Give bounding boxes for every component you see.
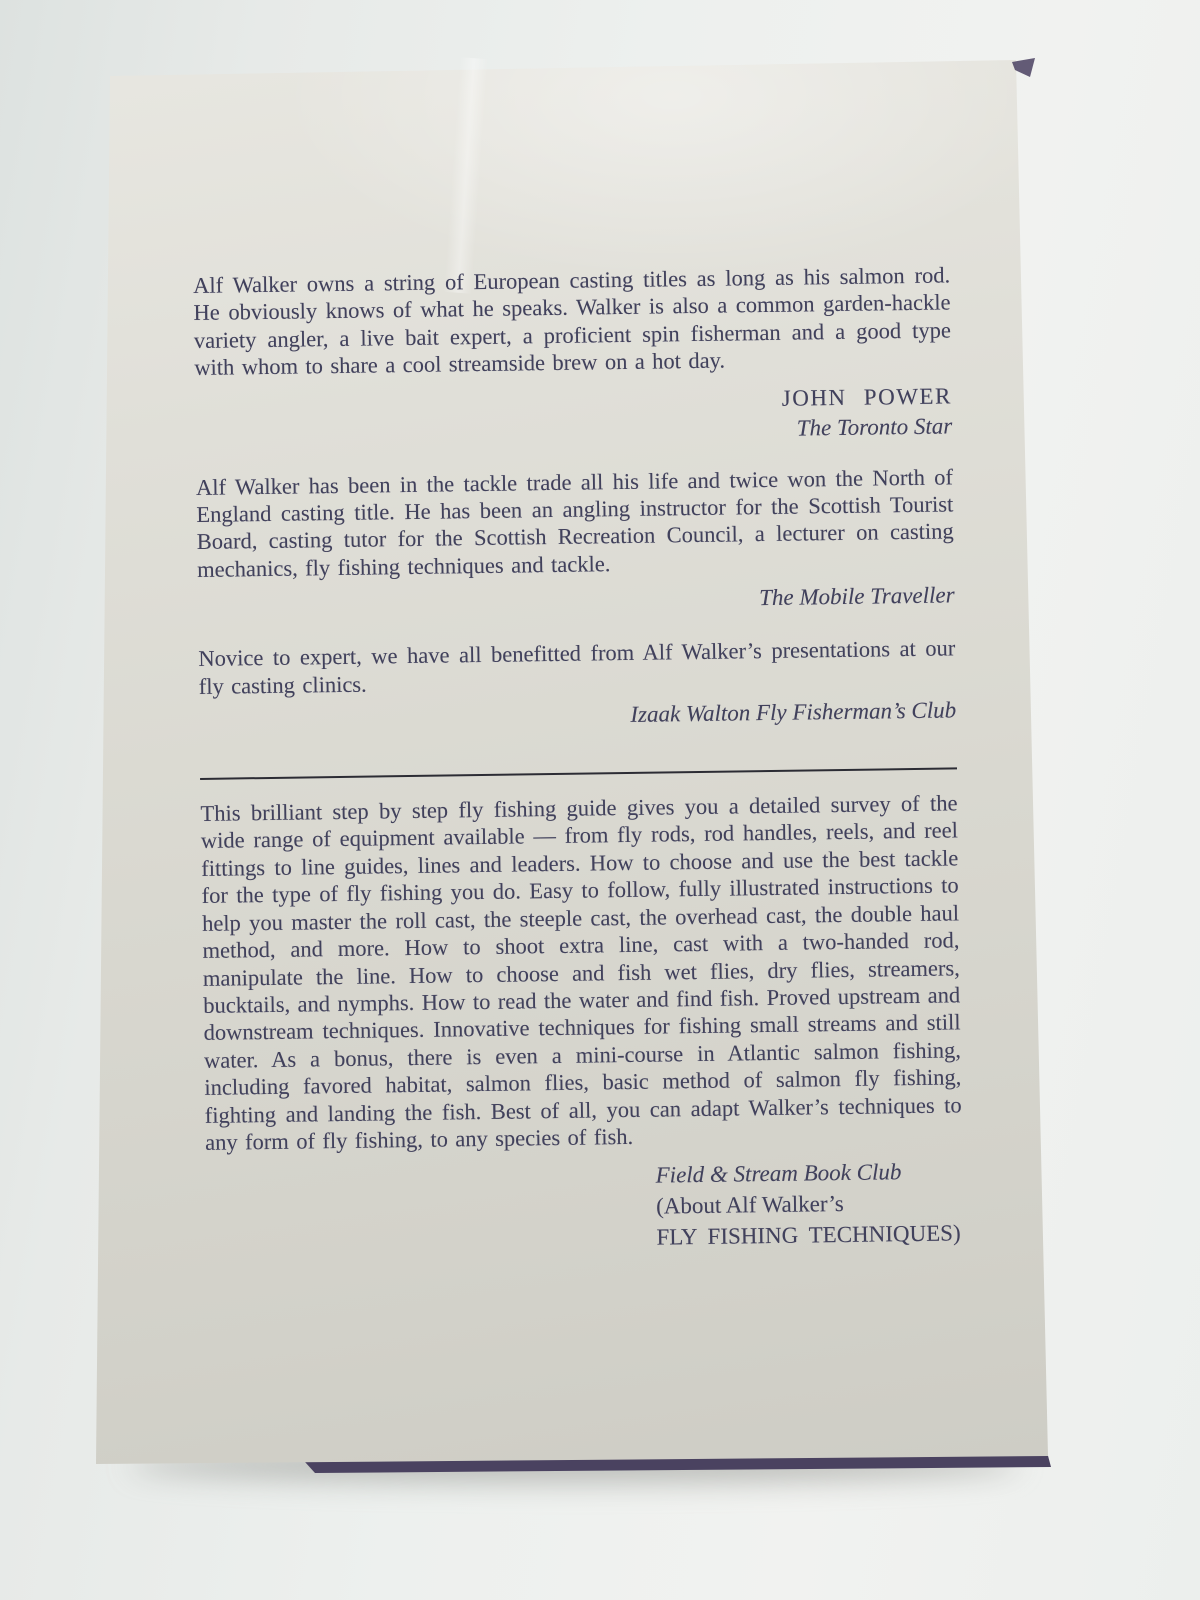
synopsis-attribution-title: FLY FISHING TECHNIQUES)	[656, 1218, 963, 1253]
review-attribution-source-2: The Mobile Traveller	[197, 581, 954, 622]
review-quote-1: Alf Walker owns a string of European cas…	[193, 261, 951, 381]
synopsis-attribution: Field & Stream Book Club (About Alf Walk…	[205, 1156, 963, 1260]
photo-backdrop: Alf Walker owns a string of European cas…	[0, 0, 1200, 1600]
divider-rule	[200, 767, 957, 780]
synopsis-text: This brilliant step by step fly fishing …	[200, 789, 962, 1156]
review-quote-3: Novice to expert, we have all benefitted…	[198, 635, 956, 700]
synopsis-attribution-about: (About Alf Walker’s	[656, 1187, 963, 1222]
review-attribution-1: JOHN POWER The Toronto Star	[195, 381, 953, 452]
synopsis-attribution-club: Field & Stream Book Club	[655, 1156, 962, 1191]
back-cover-text: Alf Walker owns a string of European cas…	[193, 261, 964, 1259]
review-attribution-source-3: Izaak Walton Fly Fisherman’s Club	[199, 695, 956, 736]
review-quote-2: Alf Walker has been in the tackle trade …	[196, 463, 954, 583]
